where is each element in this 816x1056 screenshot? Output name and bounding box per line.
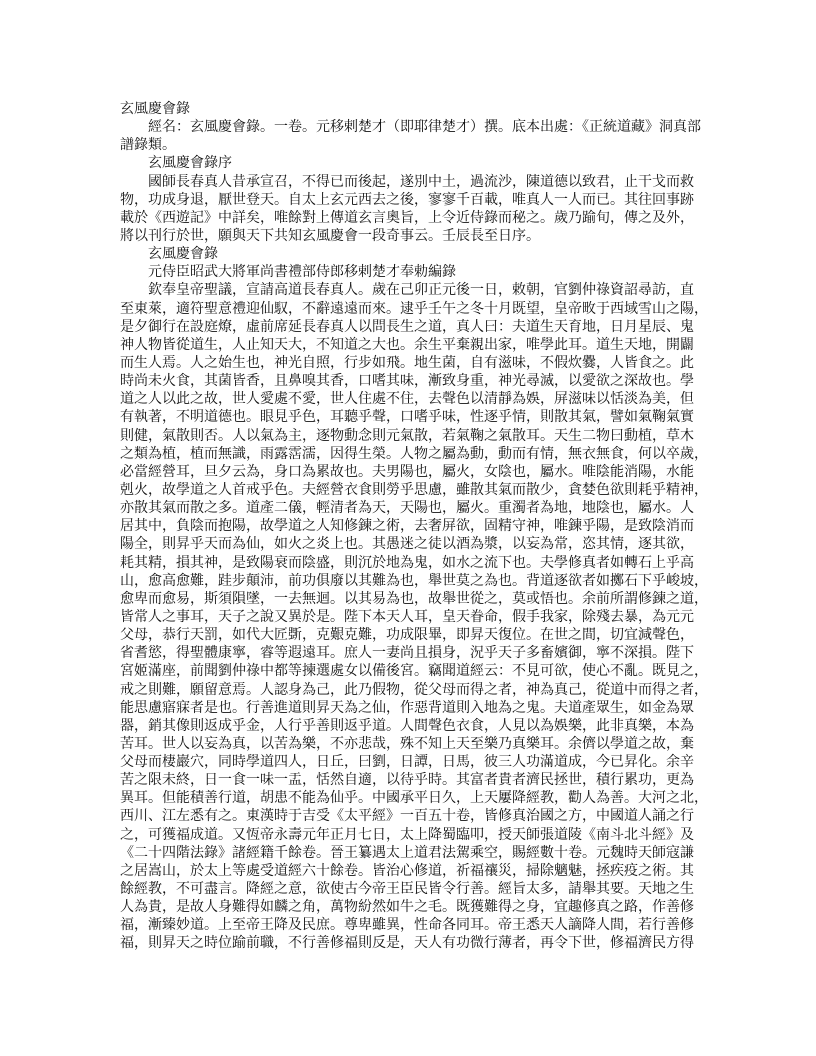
- text-line: 宮姬滿座，前聞劉仲祿中都等揀選處女以備後宮。竊聞道經云：不見可欲，使心不亂。既見…: [120, 662, 700, 680]
- document-page: 玄風慶會錄經名：玄風慶會錄。一卷。元移剌楚才（即耶律楚才）撰。底本出處：《正統道…: [120, 100, 700, 953]
- text-line: 器，銷其像則返成乎金，人行乎善則返乎道。人間聲色衣食，人見以為娛樂，此非真樂，本…: [120, 717, 700, 735]
- text-line: 之居嵩山，於太上等處受道經六十餘卷。皆治心修道，祈福禳災，掃除魑魅，拯疾疫之術。…: [120, 862, 700, 880]
- text-line: 省耆慾，得聖體康寧，睿等遐遠耳。庶人一妻尚且損身，況乎天子多畜嬪御，寧不深損。陛…: [120, 644, 700, 662]
- text-line: 皆常人之事耳，天子之說又異於是。陛下本天人耳，皇天眷命，假手我家，除殘去暴，為元…: [120, 608, 700, 626]
- text-line: 《二十四階法錄》諸經籍千餘卷。晉王纂遇太上道君法駕乘空，賜經數十卷。元魏時天師寇…: [120, 844, 700, 862]
- text-line: 將以刊行於世，願與天下共知玄風慶會一段奇事云。壬辰長至日序。: [120, 227, 700, 245]
- text-line: 道之人以此之故，世人愛處不愛，世人住處不住，去聲色以清靜為娛，屏滋味以恬淡為美，…: [120, 390, 700, 408]
- text-line: 父母，恭行天罰，如代大匠斲，克艱克難，功成限畢，即昇天復位。在世之間，切宜減聲色…: [120, 626, 700, 644]
- text-line: 經名：玄風慶會錄。一卷。元移剌楚才（即耶律楚才）撰。底本出處：《正統道藏》洞真部: [120, 118, 700, 136]
- text-line: 餘經教，不可盡言。降經之意，欲使古今帝王臣民皆令行善。經旨太多，請舉其要。天地之…: [120, 880, 700, 898]
- text-line: 玄風慶會錄序: [120, 154, 700, 172]
- text-line: 而生人焉。人之始生也，神光自照，行步如飛。地生菌，自有滋味，不假炊爨，人皆食之。…: [120, 354, 700, 372]
- text-line: 元侍臣昭武大將軍尚書禮部侍郎移剌楚才奉勅編錄: [120, 263, 700, 281]
- text-line: 異耳。但能積善行道，胡患不能為仙乎。中國承平日久，上天屢降經教，勸人為善。大河之…: [120, 789, 700, 807]
- text-line: 亦散其氣而散之多。道產二儀，輕清者為天，天陽也，屬火。重濁者為地，地陰也，屬水。…: [120, 499, 700, 517]
- text-line: 神人物皆從道生，人止知天大，不知道之大也。余生平棄親出家，唯學此耳。道生天地，開…: [120, 336, 700, 354]
- text-line: 苦之限未終，日一食一味一盂，恬然自適，以待乎時。其富者貴者濟民拯世，積行累功，更…: [120, 771, 700, 789]
- text-line: 剋火，故學道之人首戒乎色。夫經營衣食則勞乎思慮，雖散其氣而散少，貪婪色欲則耗乎精…: [120, 481, 700, 499]
- document-title: 玄風慶會錄: [120, 100, 700, 118]
- text-line: 福，漸臻妙道。上至帝王降及民庶。尊卑雖異，性命各同耳。帝王悉天人謫降人間，若行善…: [120, 916, 700, 934]
- text-line: 山，愈高愈難，跬步顛沛，前功俱廢以其難為也，舉世莫之為也。背道逐欲者如擲石下乎峻…: [120, 572, 700, 590]
- text-line: 之，可獲福成道。又恆帝永壽元年正月七日，太上降蜀臨叩，授天師張道陵《南斗北斗經》…: [120, 826, 700, 844]
- text-line: 時尚未火食，其菌皆香，且鼻嗅其香，口嗜其味，漸致身重，神光尋滅，以愛欲之深故也。…: [120, 372, 700, 390]
- text-line: 陽全，則昇乎天而為仙，如火之炎上也。其愚迷之徒以酒為漿，以妄為常，恣其情，逐其欲…: [120, 535, 700, 553]
- text-line: 福，則昇天之時位踰前職，不行善修福則反是，天人有功微行薄者，再令下世，修福濟民方…: [120, 934, 700, 952]
- text-line: 之類為植，植而無識，雨露霑濡，因得生榮。人物之屬為動，動而有情，無衣無食，何以卒…: [120, 445, 700, 463]
- text-line: 戒之則難，願留意焉。人認身為己，此乃假物，從父母而得之者，神為真己，從道中而得之…: [120, 681, 700, 699]
- text-line: 玄風慶會錄: [120, 245, 700, 263]
- text-line: 能思慮寤寐者是也。行善進道則昇天為之仙，作惡背道則入地為之鬼。夫道產眾生，如金為…: [120, 699, 700, 717]
- text-line: 譜錄類。: [120, 136, 700, 154]
- text-line: 國師長春真人昔承宣召，不得已而後起，遂別中土，過流沙，陳道德以致君，止干戈而救: [120, 173, 700, 191]
- text-line: 父母而棲巖穴，同時學道四人，日丘，曰劉，日譚，日馬，彼三人功滿道成，今已昇化。余…: [120, 753, 700, 771]
- text-line: 苦耳。世人以妄為真，以苦為樂，不亦悲哉，殊不知上天至樂乃真樂耳。余儕以學道之故，…: [120, 735, 700, 753]
- text-line: 必當經營耳，旦夕云為，身口為累故也。夫男陽也，屬火，女陰也，屬水。唯陰能消陽，水…: [120, 463, 700, 481]
- text-line: 是夕御行在設庭燎，虛前席延長春真人以問長生之道，真人曰：夫道生天育地，日月星辰、…: [120, 318, 700, 336]
- text-line: 欽奉皇帝聖議，宣請高道長春真人。歲在己卯正元後一日，敕朝，官劉仲祿資詔尋訪，直: [120, 281, 700, 299]
- text-line: 人為貴，是故人身難得如麟之角，萬物紛然如牛之毛。既獲難得之身，宜趣修真之路，作善…: [120, 898, 700, 916]
- text-line: 有執著，不明道德也。眼見乎色，耳聽乎聲，口嗜乎味，性逐乎情，則散其氣，譬如氣鞠氣…: [120, 408, 700, 426]
- text-line: 物，功成身退，厭世登天。自太上玄元西去之後，寥寥千百載，唯真人一人而已。其往回事…: [120, 191, 700, 209]
- text-line: 載於《西遊記》中詳矣，唯餘對上傳道玄言奧旨，上令近侍錄而秘之。歲乃踰旬，傳之及外…: [120, 209, 700, 227]
- text-line: 愈卑而愈易，斯須隕墜，一去無迴。以其易為也，故舉世從之，莫或悟也。余前所謂修鍊之…: [120, 590, 700, 608]
- text-line: 至東萊，適符聖意禮迎仙馭，不辭遠遠而來。逮乎壬午之冬十月既望，皇帝畋于西域雪山之…: [120, 300, 700, 318]
- text-line: 則健，氣散則否。人以氣為主，逐物動念則元氣散，若氣鞠之氣散耳。天生二物曰動植，草…: [120, 427, 700, 445]
- text-line: 耗其精，損其神，是致陽衰而陰盛，則沉於地為鬼，如水之流下也。夫學修真者如轉石上乎…: [120, 554, 700, 572]
- text-line: 西川、江左悉有之。東漢時于吉受《太平經》一百五十卷，皆修真治國之方，中國道人誦之…: [120, 807, 700, 825]
- text-line: 居其中，負陰而抱陽，故學道之人知修鍊之術，去奢屏欲，固精守神，唯鍊乎陽，是致陰消…: [120, 517, 700, 535]
